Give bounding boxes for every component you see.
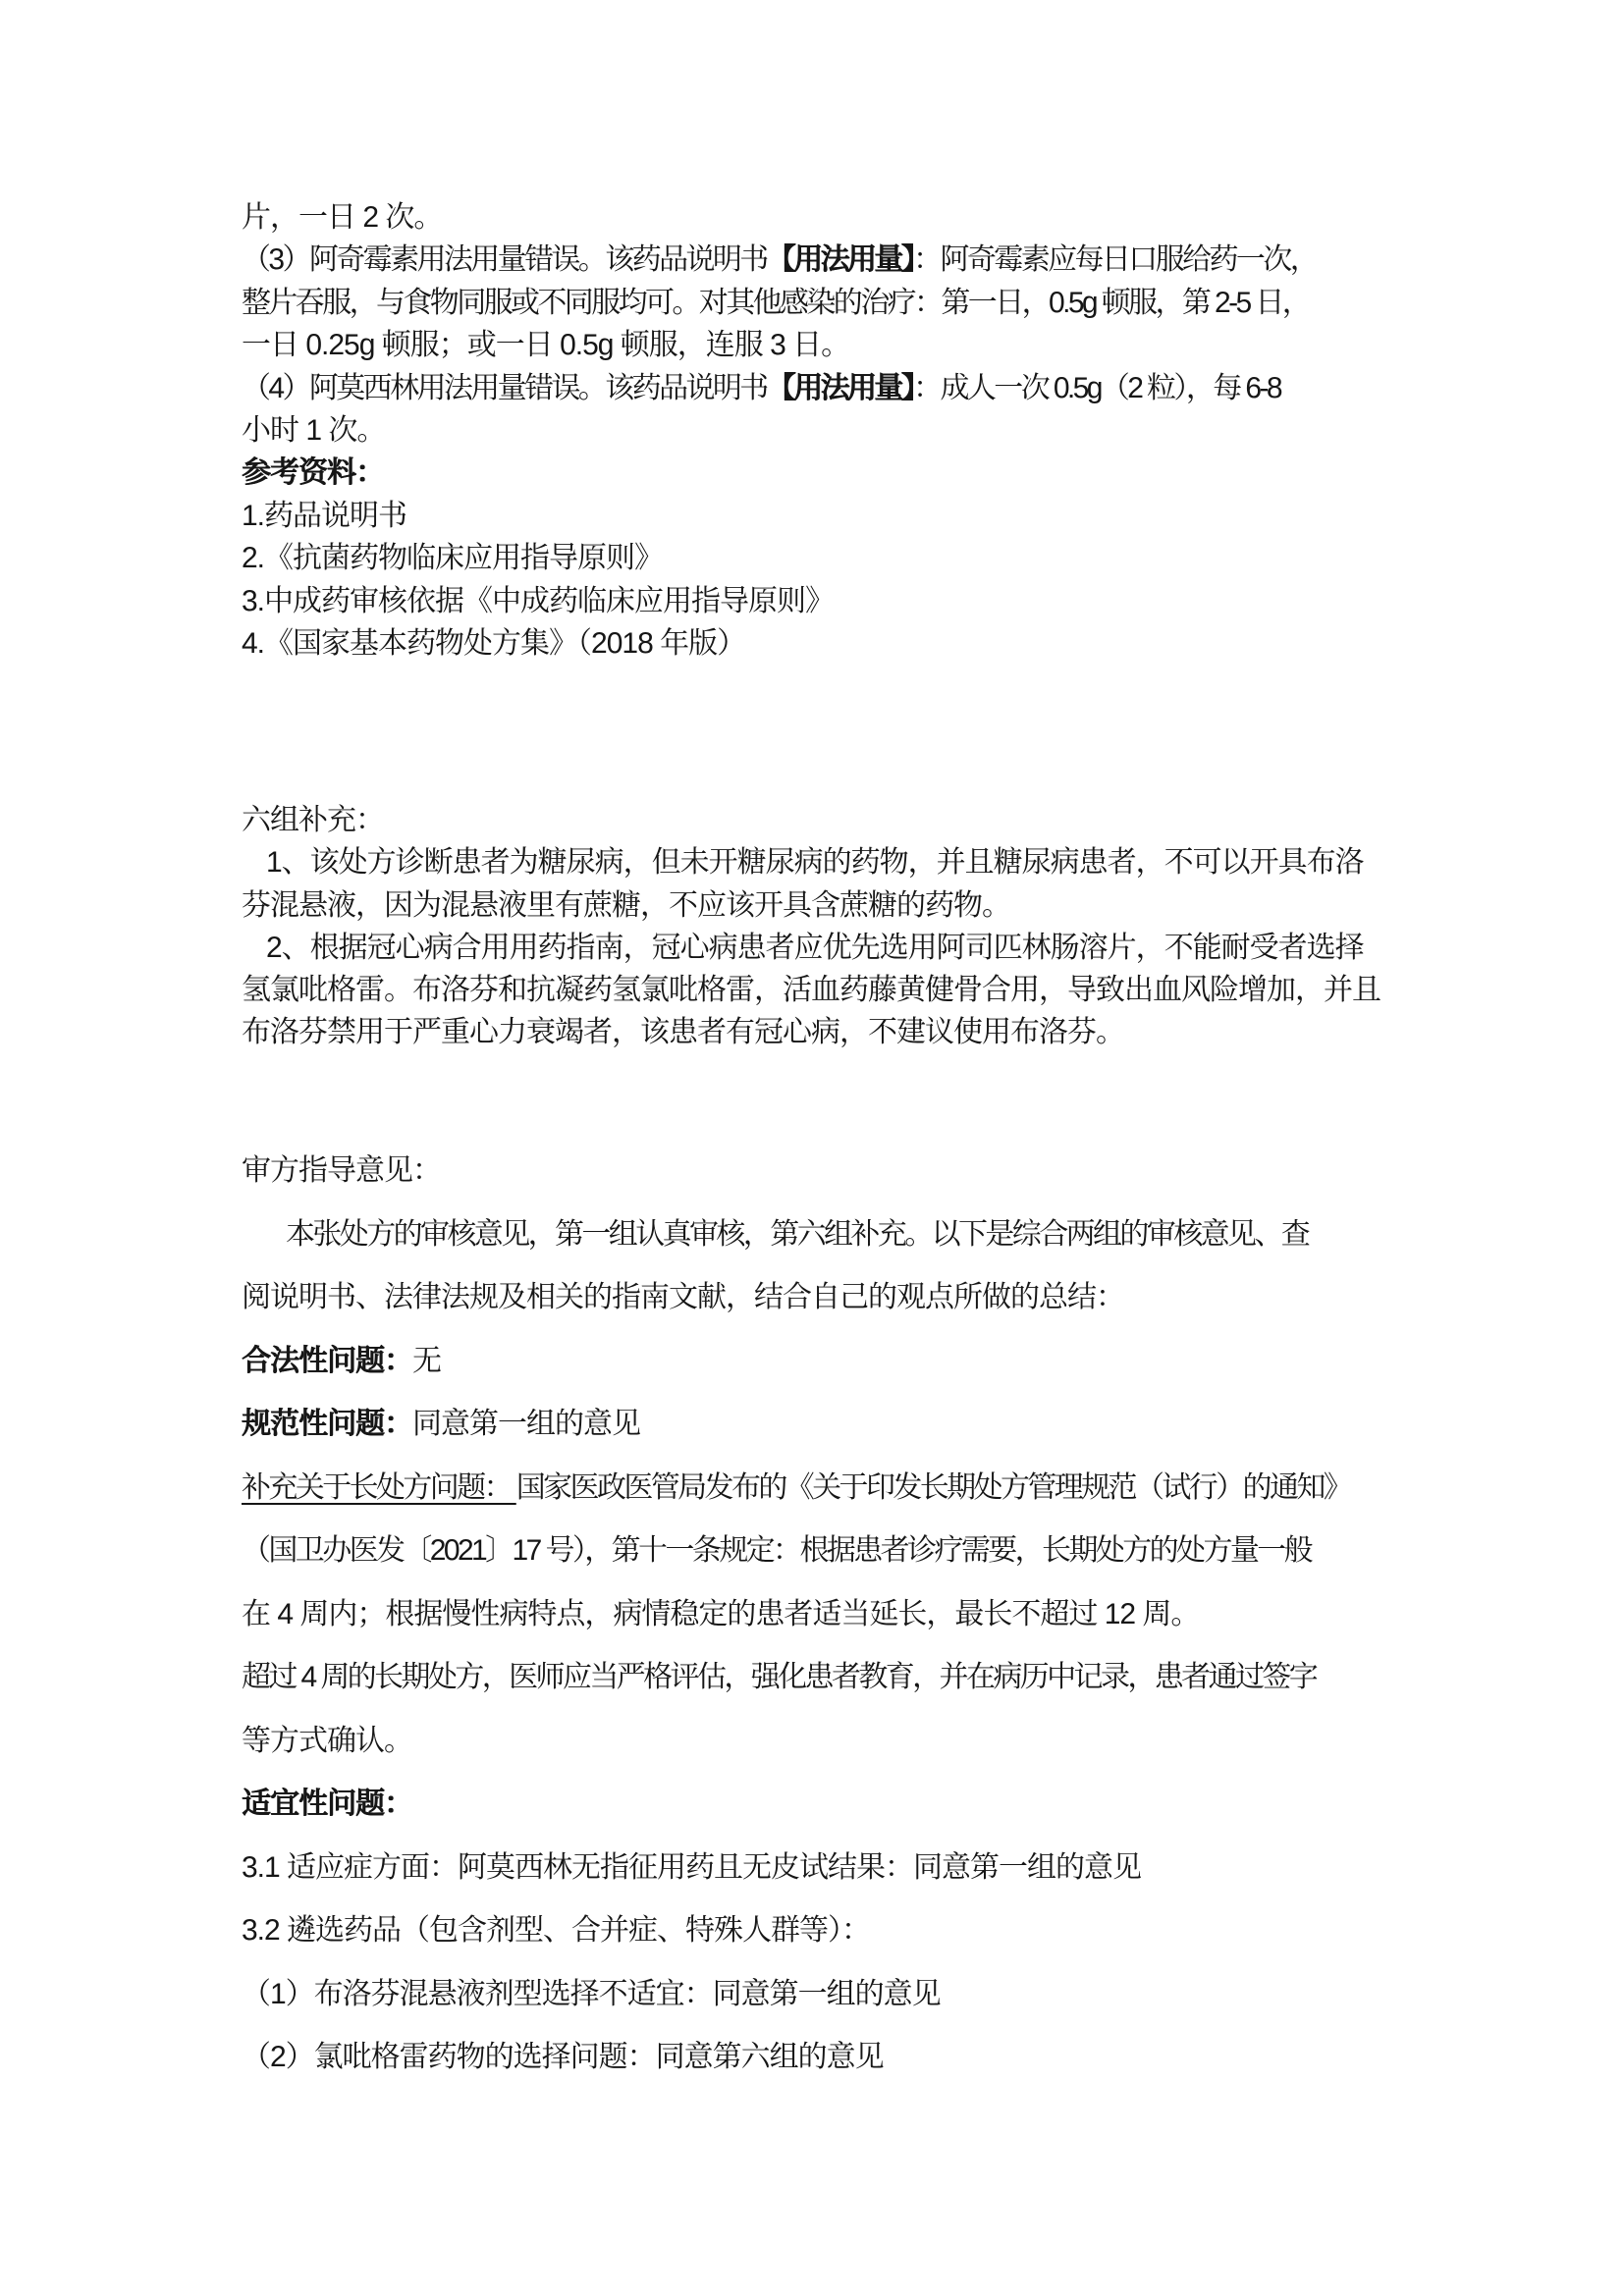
text-line: 1.药品说明书 [242, 495, 1384, 537]
text-line: 等方式确认。 [242, 1710, 1384, 1774]
text-line: 整片吞服，与食物同服或不同服均可。对其他感染的治疗：第一日，0.5g 顿服，第 … [242, 282, 1384, 324]
text-line: （3）阿奇霉素用法用量错误。该药品说明书【用法用量】：阿奇霉素应每日口服给药一次… [242, 239, 1384, 281]
text-run: 阅说明书、法律法规及相关的指南文献，结合自己的观点所做的总结： [242, 1281, 1124, 1313]
text-line: 氢氯吡格雷。布洛芬和抗凝药氢氯吡格雷，活血药藤黄健骨合用，导致出血风险增加，并且 [242, 969, 1384, 1011]
text-run: 审方指导意见： [242, 1154, 441, 1187]
text-line: 3.1 适应症方面：阿莫西林无指征用药且无皮试结果：同意第一组的意见 [242, 1837, 1384, 1900]
text-run: 1、该处方诊断患者为糖尿病，但未开糖尿病的药物，并且糖尿病患者，不可以开具布洛 [266, 846, 1364, 879]
text-run: （1）布洛芬混悬液剂型选择不适宜：同意第一组的意见 [242, 1978, 941, 2010]
text-run: 3.1 适应症方面：阿莫西林无指征用药且无皮试结果：同意第一组的意见 [242, 1851, 1141, 1884]
text-run: 适宜性问题： [242, 1788, 412, 1820]
text-run: 同意第一组的意见 [412, 1408, 640, 1440]
text-run: 合法性问题： [242, 1345, 412, 1377]
text-line: 适宜性问题： [242, 1773, 1384, 1837]
text-run: 3.中成药审核依据《中成药临床应用指导原则》 [242, 585, 834, 617]
text-run: 整片吞服，与食物同服或不同服均可。对其他感染的治疗：第一日，0.5g 顿服，第 … [242, 287, 1309, 319]
text-line: 一日 0.25g 顿服；或一日 0.5g 顿服，连服 3 日。 [242, 324, 1384, 366]
text-run: 3.2 遴选药品（包含剂型、合并症、特殊人群等）： [242, 1914, 870, 1947]
text-run: 等方式确认。 [242, 1725, 412, 1757]
text-line: 2、根据冠心病合用用药指南，冠心病患者应优先选用阿司匹林肠溶片，不能耐受者选择 [242, 927, 1384, 969]
text-run: 2.《抗菌药物临床应用指导原则》 [242, 542, 663, 574]
text-run: 4.《国家基本药物处方集》（2018 年版） [242, 627, 745, 660]
text-line: 参考资料： [242, 452, 1384, 494]
text-line: （4）阿莫西林用法用量错误。该药品说明书【用法用量】：成人一次 0.5g（2 粒… [242, 367, 1384, 409]
text-run: （国卫办医发〔2021〕17 号），第十一条规定：根据患者诊疗需要，长期处方的处… [242, 1534, 1311, 1567]
text-line: 超过 4 周的长期处方，医师应当严格评估，强化患者教育，并在病历中记录，患者通过… [242, 1646, 1384, 1710]
text-run: 1.药品说明书 [242, 500, 406, 532]
text-run: ：成人一次 0.5g（2 粒），每 6-8 [913, 372, 1280, 404]
text-run: 本张处方的审核意见，第一组认真审核，第六组补充。以下是综合两组的审核意见、查 [286, 1218, 1308, 1251]
text-run: 小时 1 次。 [242, 414, 385, 447]
text-line: 4.《国家基本药物处方集》（2018 年版） [242, 622, 1384, 665]
text-run: 2、根据冠心病合用用药指南，冠心病患者应优先选用阿司匹林肠溶片，不能耐受者选择 [266, 932, 1364, 964]
text-line: 补充关于长处方问题： 国家医政医管局发布的《关于印发长期处方管理规范（试行）的通… [242, 1457, 1384, 1521]
text-line: 片，一日 2 次。 [242, 196, 1384, 239]
text-run: 一日 0.25g 顿服；或一日 0.5g 顿服，连服 3 日。 [242, 329, 849, 361]
text-line: （国卫办医发〔2021〕17 号），第十一条规定：根据患者诊疗需要，长期处方的处… [242, 1520, 1384, 1583]
text-line: 布洛芬禁用于严重心力衰竭者，该患者有冠心病，不建议使用布洛芬。 [242, 1011, 1384, 1053]
text-run: 无 [412, 1345, 441, 1377]
text-line: 3.2 遴选药品（包含剂型、合并症、特殊人群等）： [242, 1899, 1384, 1963]
text-line: （2）氯吡格雷药物的选择问题：同意第六组的意见 [242, 2026, 1384, 2090]
section-review-guidance: 审方指导意见：本张处方的审核意见，第一组认真审核，第六组补充。以下是综合两组的审… [242, 1140, 1384, 2090]
text-run: 在 4 周内；根据慢性病特点，病情稳定的患者适当延长，最长不超过 12 周。 [242, 1598, 1199, 1630]
document-page: 片，一日 2 次。（3）阿奇霉素用法用量错误。该药品说明书【用法用量】：阿奇霉素… [0, 0, 1624, 2296]
text-line: 阅说明书、法律法规及相关的指南文献，结合自己的观点所做的总结： [242, 1266, 1384, 1330]
text-run: （3）阿奇霉素用法用量错误。该药品说明书 [242, 243, 767, 276]
text-run: 规范性问题： [242, 1408, 412, 1440]
text-run: 氢氯吡格雷。布洛芬和抗凝药氢氯吡格雷，活血药藤黄健骨合用，导致出血风险增加，并且 [242, 974, 1380, 1006]
text-run: 【用法用量】 [767, 243, 913, 276]
text-line: 规范性问题：同意第一组的意见 [242, 1393, 1384, 1457]
text-line: 合法性问题：无 [242, 1330, 1384, 1394]
text-run: 片，一日 2 次。 [242, 201, 442, 234]
text-run: 参考资料： [242, 456, 384, 489]
text-line: 2.《抗菌药物临床应用指导原则》 [242, 537, 1384, 579]
text-line: 3.中成药审核依据《中成药临床应用指导原则》 [242, 580, 1384, 622]
text-line: 审方指导意见： [242, 1140, 1384, 1203]
text-line: 在 4 周内；根据慢性病特点，病情稳定的患者适当延长，最长不超过 12 周。 [242, 1583, 1384, 1647]
text-line: 小时 1 次。 [242, 409, 1384, 452]
text-line: 六组补充： [242, 799, 1384, 841]
text-run: 补充关于长处方问题： [242, 1471, 516, 1504]
text-run: 国家医政医管局发布的《关于印发长期处方管理规范（试行）的通知》 [516, 1471, 1350, 1504]
text-run: （2）氯吡格雷药物的选择问题：同意第六组的意见 [242, 2041, 884, 2073]
text-line: （1）布洛芬混悬液剂型选择不适宜：同意第一组的意见 [242, 1963, 1384, 2027]
text-run: 【用法用量】 [767, 372, 913, 404]
text-run: 布洛芬禁用于严重心力衰竭者，该患者有冠心病，不建议使用布洛芬。 [242, 1016, 1124, 1048]
text-run: 芬混悬液，因为混悬液里有蔗糖，不应该开具含蔗糖的药物。 [242, 889, 1010, 922]
text-run: 六组补充： [242, 804, 384, 836]
text-line: 1、该处方诊断患者为糖尿病，但未开糖尿病的药物，并且糖尿病患者，不可以开具布洛 [242, 841, 1384, 883]
text-run: 超过 4 周的长期处方，医师应当严格评估，强化患者教育，并在病历中记录，患者通过… [242, 1661, 1316, 1693]
text-run: （4）阿莫西林用法用量错误。该药品说明书 [242, 372, 767, 404]
text-run: ：阿奇霉素应每日口服给药一次， [913, 243, 1317, 276]
section-group-six: 六组补充：1、该处方诊断患者为糖尿病，但未开糖尿病的药物，并且糖尿病患者，不可以… [242, 799, 1384, 1054]
section-usage-errors: 片，一日 2 次。（3）阿奇霉素用法用量错误。该药品说明书【用法用量】：阿奇霉素… [242, 196, 1384, 665]
text-line: 芬混悬液，因为混悬液里有蔗糖，不应该开具含蔗糖的药物。 [242, 884, 1384, 927]
text-line: 本张处方的审核意见，第一组认真审核，第六组补充。以下是综合两组的审核意见、查 [242, 1203, 1384, 1267]
